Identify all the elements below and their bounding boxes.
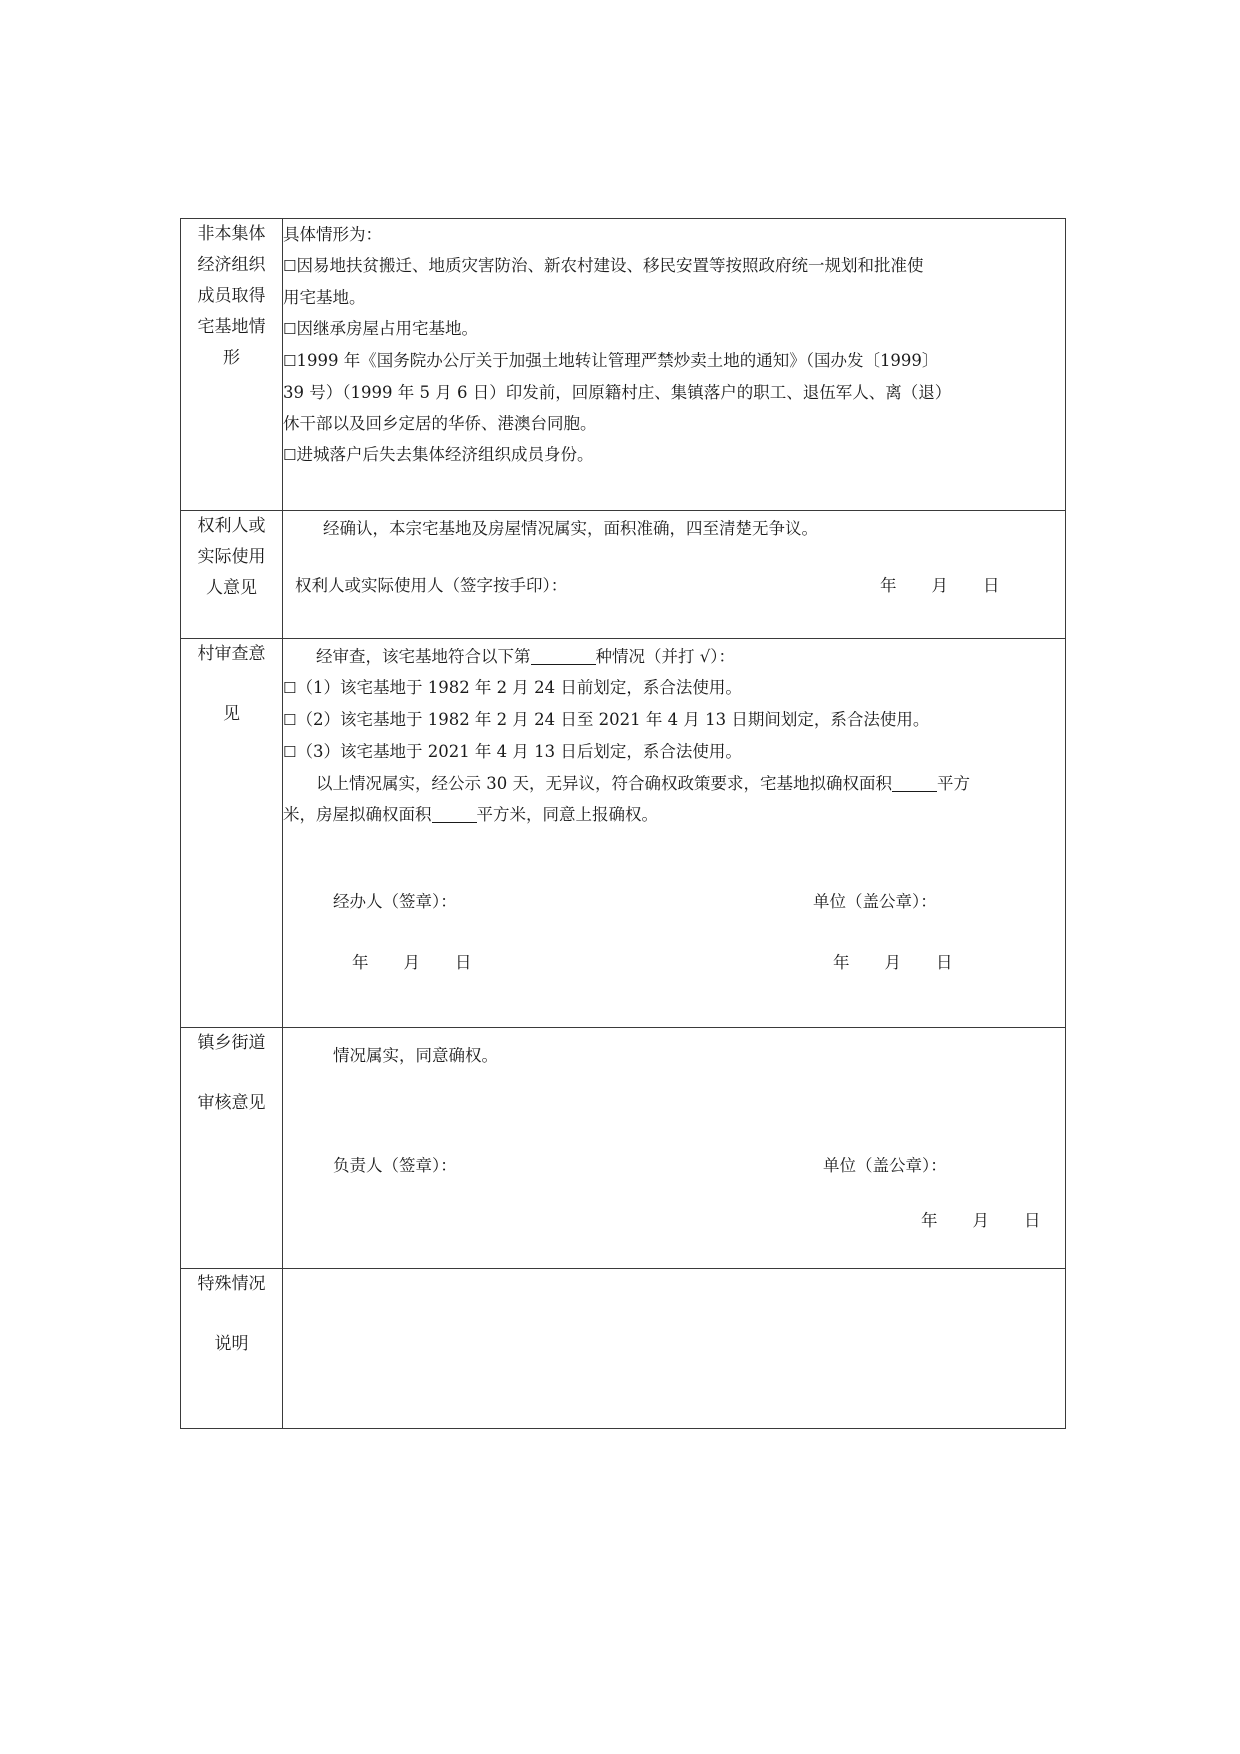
town-date: 年月日	[921, 1205, 1041, 1236]
label-line: 人意见	[181, 573, 282, 604]
option-text-cont: 39 号）（1999 年 5 月 6 日）印发前，回原籍村庄、集镇落户的职工、退…	[283, 377, 1065, 408]
label-non-member: 非本集体 经济组织 成员取得 宅基地情 形	[181, 219, 283, 511]
checkbox-icon[interactable]: ☐	[283, 711, 296, 729]
label-line: 审核意见	[181, 1088, 282, 1119]
content-non-member: 具体情形为： ☐因易地扶贫搬迁、地质灾害防治、新农村建设、移民安置等按照政府统一…	[283, 219, 1066, 511]
option-text: 因易地扶贫搬迁、地质灾害防治、新农村建设、移民安置等按照政府统一规划和批准使	[296, 256, 923, 275]
village-conclusion: 以上情况属实，经公示 30 天，无异议，符合确权政策要求，宅基地拟确权面积平方	[283, 768, 1065, 799]
label-line: 镇乡街道	[181, 1028, 282, 1059]
content-village-review: 经审查，该宅基地符合以下第种情况（并打 √）： ☐（1）该宅基地于 1982 年…	[283, 639, 1066, 1028]
responsible-signature-label: 负责人（签章）：	[333, 1150, 457, 1181]
special-notes-field[interactable]	[283, 1269, 1066, 1429]
handler-signature-label: 经办人（签章）：	[333, 886, 457, 917]
option-urban-settlement: ☐进城落户后失去集体经济组织成员身份。	[283, 439, 1065, 471]
town-statement: 情况属实，同意确权。	[333, 1040, 498, 1071]
label-owner-opinion: 权利人或 实际使用 人意见	[181, 511, 283, 639]
checkbox-icon[interactable]: ☐	[283, 679, 296, 697]
row-town-review: 镇乡街道 审核意见 情况属实，同意确权。 负责人（签章）： 单位（盖公章）： 年…	[181, 1028, 1066, 1269]
row-special-notes: 特殊情况 说明	[181, 1269, 1066, 1429]
label-line: 说明	[181, 1329, 282, 1360]
village-option-1: ☐（1）该宅基地于 1982 年 2 月 24 日前划定，系合法使用。	[283, 672, 1065, 704]
label-line: 权利人或	[181, 511, 282, 542]
date-day: 日	[983, 570, 1000, 601]
row-village-review: 村审查意 见 经审查，该宅基地符合以下第种情况（并打 √）： ☐（1）该宅基地于…	[181, 639, 1066, 1028]
owner-statement: 经确认，本宗宅基地及房屋情况属实，面积准确，四至清楚无争议。	[323, 513, 818, 544]
village-option-3: ☐（3）该宅基地于 2021 年 4 月 13 日后划定，系合法使用。	[283, 736, 1065, 768]
content-town-review: 情况属实，同意确权。 负责人（签章）： 单位（盖公章）： 年月日	[283, 1028, 1066, 1269]
option-1999-notice: ☐1999 年《国务院办公厅关于加强土地转让管理严禁炒卖土地的通知》（国办发〔1…	[283, 345, 1065, 377]
town-unit-seal-label: 单位（盖公章）：	[823, 1150, 947, 1181]
homestead-confirmation-form: 非本集体 经济组织 成员取得 宅基地情 形 具体情形为： ☐因易地扶贫搬迁、地质…	[180, 218, 1066, 1429]
checkbox-icon[interactable]: ☐	[283, 320, 296, 338]
date-month: 月	[932, 570, 949, 601]
label-line: 非本集体	[181, 219, 282, 250]
label-line: 实际使用	[181, 542, 282, 573]
checkbox-icon[interactable]: ☐	[283, 446, 296, 464]
date-year: 年	[880, 570, 897, 601]
document-page: 非本集体 经济组织 成员取得 宅基地情 形 具体情形为： ☐因易地扶贫搬迁、地质…	[0, 0, 1240, 1754]
label-line: 见	[181, 699, 282, 730]
handler-date: 年月日	[352, 947, 472, 978]
option-text-cont: 休干部以及回乡定居的华侨、港澳台同胞。	[283, 408, 1065, 439]
village-conclusion-cont: 米，房屋拟确权面积平方米，同意上报确权。	[283, 799, 1065, 830]
row-non-member: 非本集体 经济组织 成员取得 宅基地情 形 具体情形为： ☐因易地扶贫搬迁、地质…	[181, 219, 1066, 511]
checkbox-icon[interactable]: ☐	[283, 257, 296, 275]
house-area-blank[interactable]	[432, 802, 477, 823]
homestead-area-blank[interactable]	[892, 771, 937, 792]
situation-number-blank[interactable]	[531, 644, 596, 665]
option-relocation: ☐因易地扶贫搬迁、地质灾害防治、新农村建设、移民安置等按照政府统一规划和批准使	[283, 250, 1065, 282]
label-line: 成员取得	[181, 281, 282, 312]
checkbox-icon[interactable]: ☐	[283, 743, 296, 761]
option-text: 1999 年《国务院办公厅关于加强土地转让管理严禁炒卖土地的通知》（国办发〔19…	[296, 351, 938, 370]
intro-text: 具体情形为：	[283, 219, 1065, 250]
label-line: 经济组织	[181, 250, 282, 281]
village-unit-date: 年月日	[833, 947, 953, 978]
owner-signature-label: 权利人或实际使用人（签字按手印）：	[295, 570, 567, 601]
label-village-review: 村审查意 见	[181, 639, 283, 1028]
village-intro: 经审查，该宅基地符合以下第种情况（并打 √）：	[283, 641, 1065, 672]
label-line: 村审查意	[181, 639, 282, 670]
label-line: 宅基地情	[181, 312, 282, 343]
content-owner-opinion: 经确认，本宗宅基地及房屋情况属实，面积准确，四至清楚无争议。 权利人或实际使用人…	[283, 511, 1066, 639]
option-text-cont: 用宅基地。	[283, 282, 1065, 313]
label-special-notes: 特殊情况 说明	[181, 1269, 283, 1429]
option-text: 因继承房屋占用宅基地。	[296, 319, 478, 338]
option-text: 进城落户后失去集体经济组织成员身份。	[296, 445, 593, 464]
label-town-review: 镇乡街道 审核意见	[181, 1028, 283, 1269]
option-inheritance: ☐因继承房屋占用宅基地。	[283, 313, 1065, 345]
label-line: 特殊情况	[181, 1269, 282, 1300]
checkbox-icon[interactable]: ☐	[283, 352, 296, 370]
owner-date: 年月日	[880, 570, 1000, 601]
row-owner-opinion: 权利人或 实际使用 人意见 经确认，本宗宅基地及房屋情况属实，面积准确，四至清楚…	[181, 511, 1066, 639]
village-unit-seal-label: 单位（盖公章）：	[813, 886, 937, 917]
label-line: 形	[181, 343, 282, 374]
village-option-2: ☐（2）该宅基地于 1982 年 2 月 24 日至 2021 年 4 月 13…	[283, 704, 1065, 736]
